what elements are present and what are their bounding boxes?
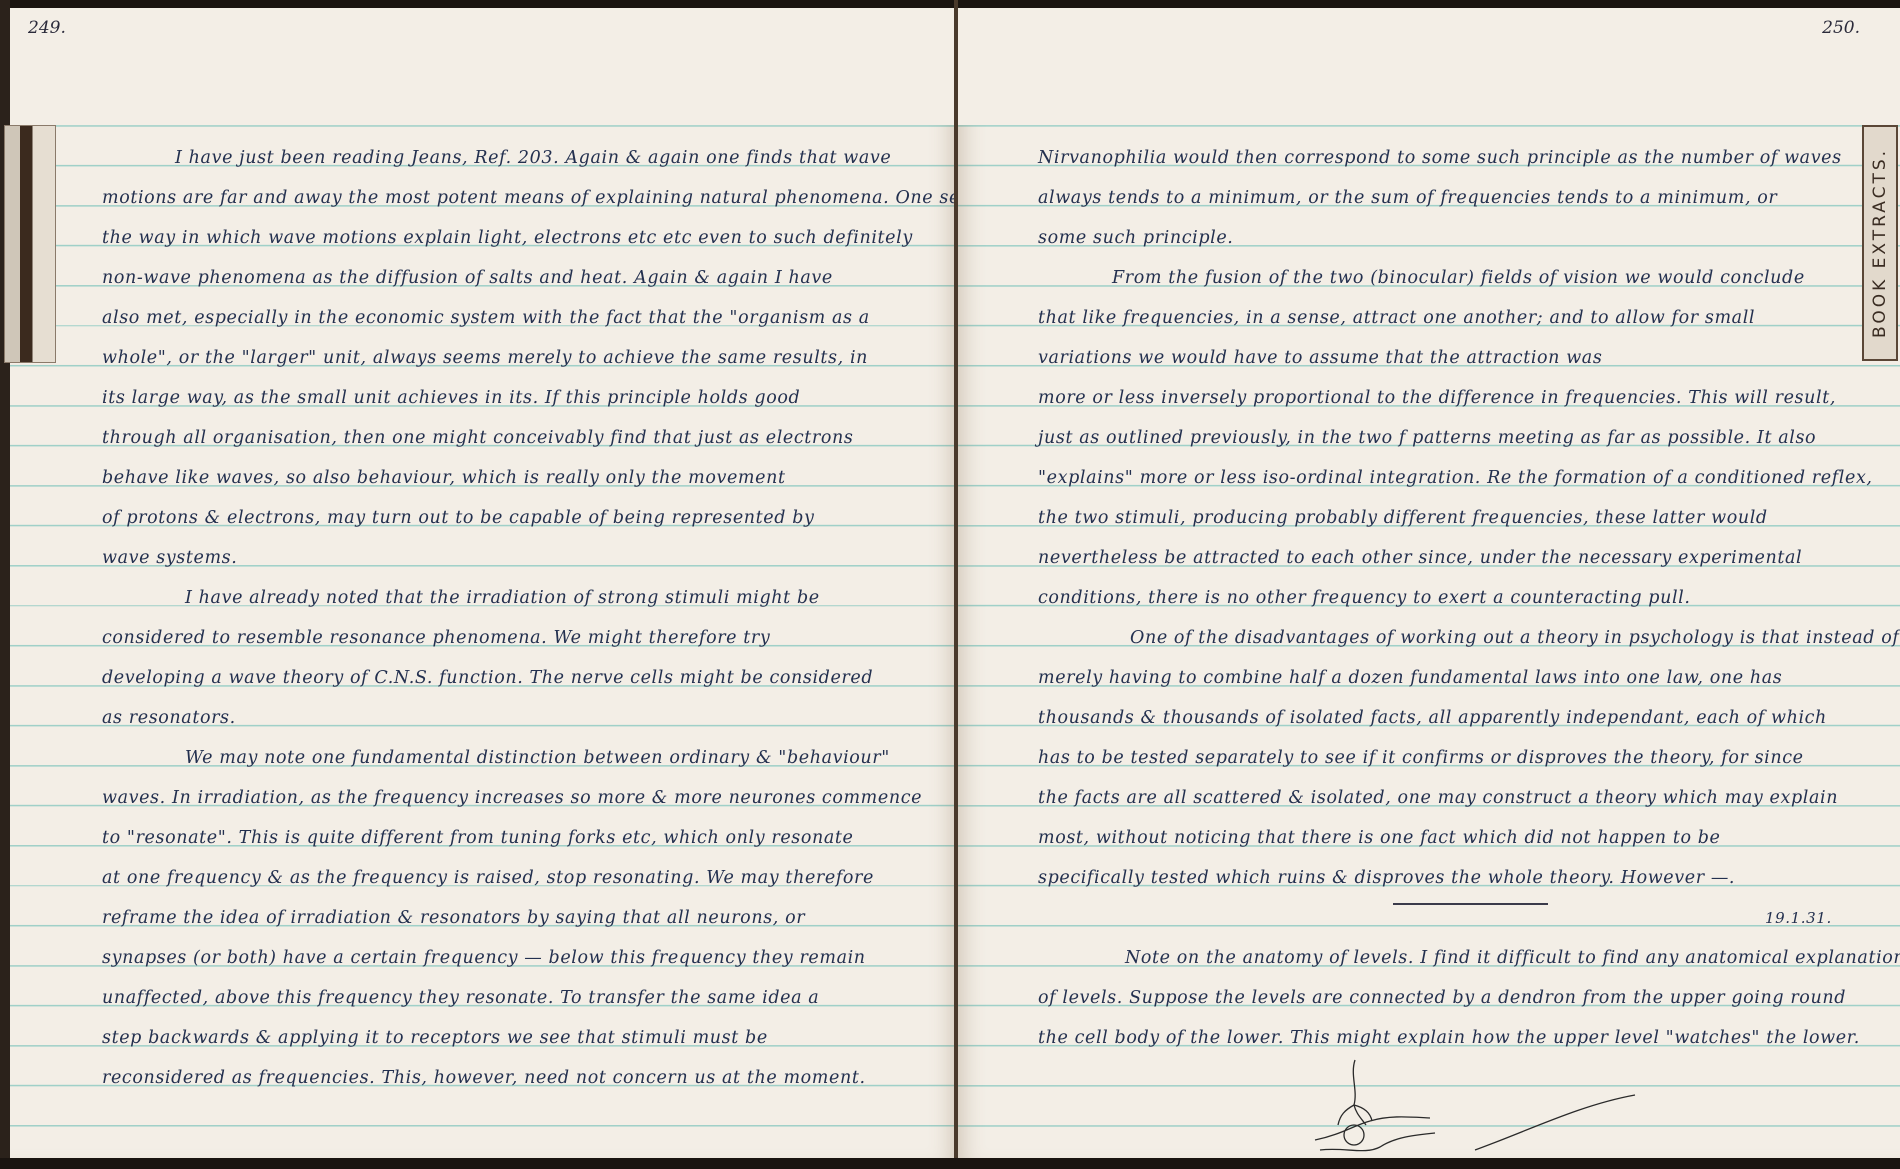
text-line: I have just been reading Jeans, Ref. 203…	[175, 138, 891, 178]
text-line: Note on the anatomy of levels. I find it…	[1125, 938, 1900, 978]
text-line: considered to resemble resonance phenome…	[102, 618, 770, 658]
text-line: We may note one fundamental distinction …	[185, 738, 890, 778]
entry-date: 19.1.31.	[1765, 898, 1832, 938]
text-line: From the fusion of the two (binocular) f…	[1112, 258, 1805, 298]
text-line: step backwards & applying it to receptor…	[102, 1018, 768, 1058]
text-line: variations we would have to assume that …	[1038, 338, 1602, 378]
book-extracts-tab[interactable]: BOOK EXTRACTS.	[1862, 125, 1898, 361]
text-line: motions are far and away the most potent…	[102, 178, 980, 218]
text-line: nevertheless be attracted to each other …	[1038, 538, 1802, 578]
text-line: has to be tested separately to see if it…	[1038, 738, 1804, 778]
text-line: I have already noted that the irradiatio…	[185, 578, 820, 618]
text-line: behave like waves, so also behaviour, wh…	[102, 458, 786, 498]
neuron-sketch-icon	[1310, 1055, 1650, 1155]
tab-label: BOOK EXTRACTS.	[1870, 148, 1890, 338]
text-line: its large way, as the small unit achieve…	[102, 378, 800, 418]
text-line: always tends to a minimum, or the sum of…	[1038, 178, 1777, 218]
text-line: Nirvanophilia would then correspond to s…	[1038, 138, 1842, 178]
text-line: most, without noticing that there is one…	[1038, 818, 1721, 858]
text-line: wave systems.	[102, 538, 237, 578]
text-line: to "resonate". This is quite different f…	[102, 818, 853, 858]
text-line: specifically tested which ruins & dispro…	[1038, 858, 1735, 898]
text-line: just as outlined previously, in the two …	[1038, 418, 1816, 458]
text-line: the cell body of the lower. This might e…	[1038, 1018, 1860, 1058]
text-line: reframe the idea of irradiation & resona…	[102, 898, 805, 938]
text-line: waves. In irradiation, as the frequency …	[102, 778, 922, 818]
text-line: through all organisation, then one might…	[102, 418, 853, 458]
text-line: synapses (or both) have a certain freque…	[102, 938, 866, 978]
text-line: that like frequencies, in a sense, attra…	[1038, 298, 1755, 338]
open-notebook: 249. I have just been reading Jeans, Ref…	[0, 0, 1900, 1158]
text-line: unaffected, above this frequency they re…	[102, 978, 819, 1018]
text-line: the facts are all scattered & isolated, …	[1038, 778, 1838, 818]
text-line: reconsidered as frequencies. This, howev…	[102, 1058, 866, 1098]
paper-clip-tab	[4, 125, 56, 363]
text-line: the two stimuli, producing probably diff…	[1038, 498, 1768, 538]
text-line: some such principle.	[1038, 218, 1233, 258]
text-line: of levels. Suppose the levels are connec…	[1038, 978, 1846, 1018]
page-number: 250.	[1822, 18, 1860, 38]
text-line: thousands & thousands of isolated facts,…	[1038, 698, 1827, 738]
text-line: conditions, there is no other frequency …	[1038, 578, 1691, 618]
text-line: the way in which wave motions explain li…	[102, 218, 913, 258]
text-line: developing a wave theory of C.N.S. funct…	[102, 658, 873, 698]
text-line: "explains" more or less iso-ordinal inte…	[1038, 458, 1873, 498]
text-line: as resonators.	[102, 698, 236, 738]
text-line: of protons & electrons, may turn out to …	[102, 498, 815, 538]
section-divider	[1393, 903, 1548, 905]
text-line: One of the disadvantages of working out …	[1130, 618, 1899, 658]
text-line: merely having to combine half a dozen fu…	[1038, 658, 1782, 698]
text-line: more or less inversely proportional to t…	[1038, 378, 1836, 418]
text-line: whole", or the "larger" unit, always see…	[102, 338, 868, 378]
text-line: at one frequency & as the frequency is r…	[102, 858, 874, 898]
text-line: non-wave phenomena as the diffusion of s…	[102, 258, 833, 298]
text-line: also met, especially in the economic sys…	[102, 298, 870, 338]
page-number: 249.	[28, 18, 66, 38]
